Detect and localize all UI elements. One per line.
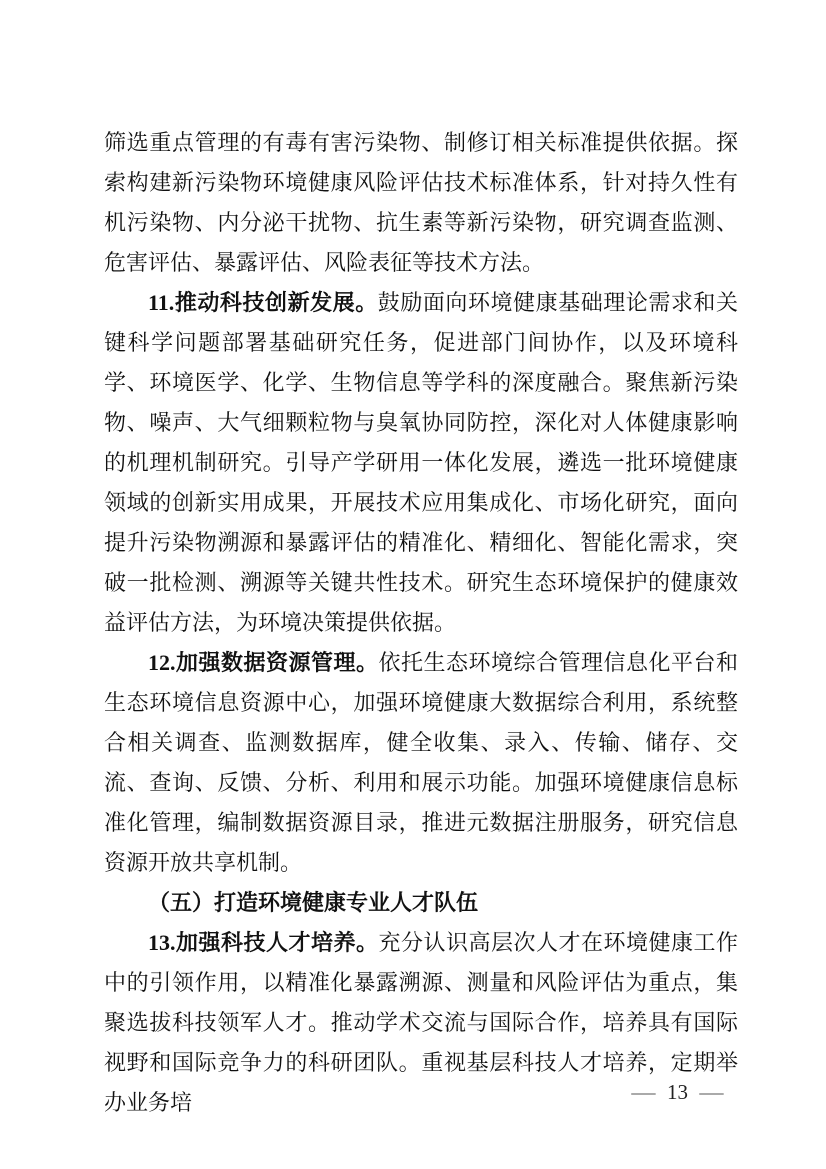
paragraph-item-11: 11.推动科技创新发展。鼓励面向环境健康基础理论需求和关键科学问题部署基础研究任… xyxy=(104,283,738,643)
item-11-body: 鼓励面向环境健康基础理论需求和关键科学问题部署基础研究任务，促进部门间协作，以及… xyxy=(104,290,738,635)
page-number: 13 xyxy=(667,1081,688,1103)
paragraph-continuation: 筛选重点管理的有毒有害污染物、制修订相关标准提供依据。探索构建新污染物环境健康风… xyxy=(104,123,738,283)
document-page: 筛选重点管理的有毒有害污染物、制修订相关标准提供依据。探索构建新污染物环境健康风… xyxy=(0,0,826,1169)
page-footer: — 13 — xyxy=(633,1081,722,1103)
item-13-lead: 13.加强科技人才培养。 xyxy=(148,930,379,955)
section-heading-5: （五）打造环境健康专业人才队伍 xyxy=(104,883,738,923)
document-body: 筛选重点管理的有毒有害污染物、制修订相关标准提供依据。探索构建新污染物环境健康风… xyxy=(104,123,738,1123)
paragraph-item-12: 12.加强数据资源管理。依托生态环境综合管理信息化平台和生态环境信息资源中心，加… xyxy=(104,643,738,883)
item-12-body: 依托生态环境综合管理信息化平台和生态环境信息资源中心，加强环境健康大数据综合利用… xyxy=(104,650,738,875)
footer-dash-left: — xyxy=(631,1081,655,1103)
item-11-lead: 11.推动科技创新发展。 xyxy=(148,290,378,315)
footer-dash-right: — xyxy=(699,1081,723,1103)
item-12-lead: 12.加强数据资源管理。 xyxy=(148,650,379,675)
